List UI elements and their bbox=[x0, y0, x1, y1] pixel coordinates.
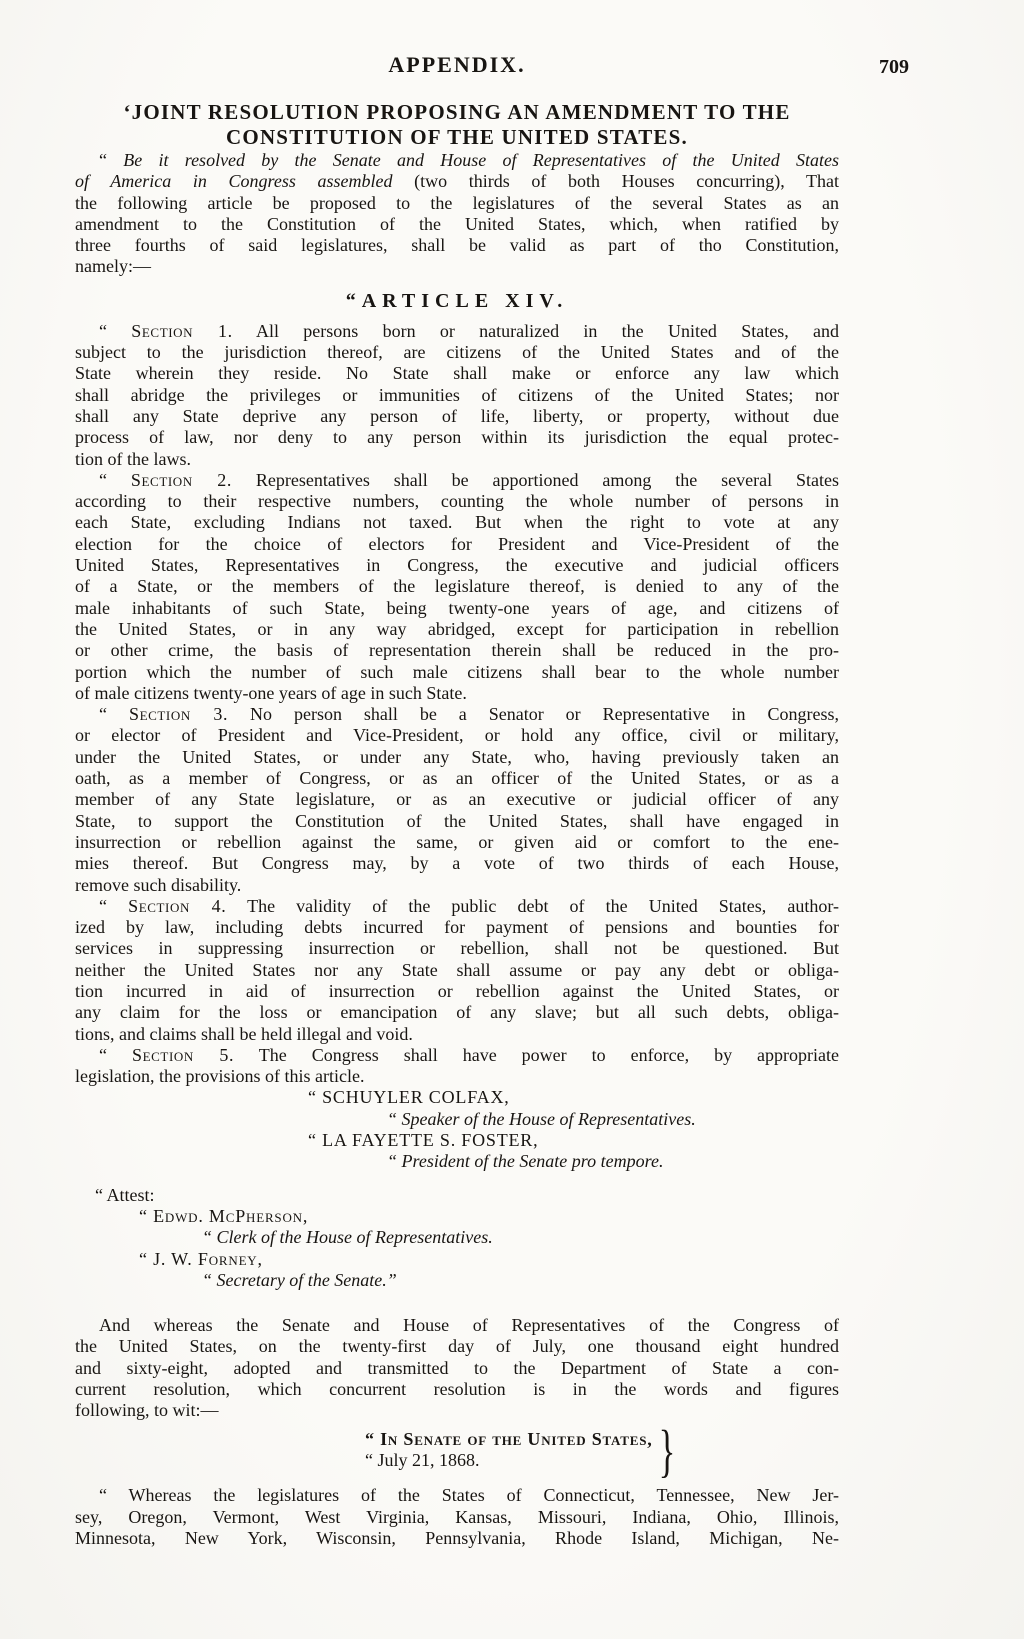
text-line: remove such disability. bbox=[75, 875, 839, 896]
article-heading: “ARTICLE XIV. bbox=[75, 288, 839, 314]
page-number: 709 bbox=[879, 56, 909, 79]
page-column: APPENDIX. 709 ‘JOINT RESOLUTION PROPOSIN… bbox=[75, 0, 839, 1549]
text-line: of a State, or the members of the legisl… bbox=[75, 576, 839, 597]
text-line: current resolution, which concurrent res… bbox=[75, 1379, 839, 1400]
text-segment: of America in Congress assembled bbox=[75, 171, 393, 191]
text-line: shall any State deprive any person of li… bbox=[75, 406, 839, 427]
text-segment: Be it resolved by the Senate and House o… bbox=[123, 150, 839, 170]
text-line: following, to wit:— bbox=[75, 1400, 839, 1421]
text-line: shall abridge the privileges or immuniti… bbox=[75, 385, 839, 406]
and-whereas-paragraph: And whereas the Senate and House of Repr… bbox=[75, 1315, 839, 1421]
doc-title: ‘JOINT RESOLUTION PROPOSING AN AMENDMENT… bbox=[75, 100, 839, 150]
text-line: the United States, on the twenty-first d… bbox=[75, 1336, 839, 1357]
text-line: under the United States, or under any St… bbox=[75, 747, 839, 768]
text-line: election for the choice of electors for … bbox=[75, 534, 839, 555]
text-line: State wherein they reside. No State shal… bbox=[75, 363, 839, 384]
section-5: “ Section 5. The Congress shall have pow… bbox=[75, 1045, 839, 1088]
text-line: three fourths of said legislatures, shal… bbox=[75, 235, 839, 256]
text-line: ized by law, including debts incurred fo… bbox=[75, 917, 839, 938]
text-line: “ Attest: bbox=[95, 1185, 839, 1206]
text-segment: The validity of the public debt of the U… bbox=[226, 896, 839, 916]
text-line: namely:— bbox=[75, 256, 839, 277]
text-line: process of law, nor deny to any person w… bbox=[75, 427, 839, 448]
document-body: ‘JOINT RESOLUTION PROPOSING AN AMENDMENT… bbox=[75, 100, 839, 1549]
text-line: “ July 21, 1868. bbox=[365, 1450, 653, 1471]
brace-glyph: } bbox=[658, 1422, 675, 1480]
attest-block: “ Attest:“ Edwd. McPherson,“ Clerk of th… bbox=[75, 1185, 839, 1291]
signature-foster: “ LA FAYETTE S. FOSTER,“ President of th… bbox=[75, 1130, 839, 1173]
text-line: “ Edwd. McPherson, bbox=[139, 1206, 839, 1227]
running-header: APPENDIX. 709 bbox=[75, 52, 839, 80]
text-line: “ Section 2. Representatives shall be ap… bbox=[75, 470, 839, 491]
text-line: or elector of President and Vice-Preside… bbox=[75, 725, 839, 746]
text-line: United States, Representatives in Congre… bbox=[75, 555, 839, 576]
text-line: of America in Congress assembled (two th… bbox=[75, 171, 839, 192]
text-line: “ LA FAYETTE S. FOSTER, bbox=[308, 1130, 839, 1151]
text-line: amendment to the Constitution of the Uni… bbox=[75, 214, 839, 235]
text-line: “ Secretary of the Senate.” bbox=[202, 1270, 839, 1291]
text-line: any claim for the loss or emancipation o… bbox=[75, 1002, 839, 1023]
text-line: “ Speaker of the House of Representative… bbox=[387, 1109, 839, 1130]
text-line: “ Clerk of the House of Representatives. bbox=[202, 1227, 839, 1248]
text-line: And whereas the Senate and House of Repr… bbox=[75, 1315, 839, 1336]
text-segment: Section 3. bbox=[129, 704, 228, 724]
text-line: according to their respective numbers, c… bbox=[75, 491, 839, 512]
text-line: Minnesota, New York, Wisconsin, Pennsylv… bbox=[75, 1528, 839, 1549]
text-line: “ In Senate of the United States, bbox=[365, 1429, 653, 1450]
text-line: legislation, the provisions of this arti… bbox=[75, 1066, 839, 1087]
text-line: “ Section 4. The validity of the public … bbox=[75, 896, 839, 917]
text-line: services in suppressing insurrection or … bbox=[75, 938, 839, 959]
text-line: the following article be proposed to the… bbox=[75, 193, 839, 214]
appendix-heading: APPENDIX. bbox=[388, 52, 525, 77]
text-line: mies thereof. But Congress may, by a vot… bbox=[75, 853, 839, 874]
senate-dateline: “ In Senate of the United States,“ July … bbox=[365, 1429, 653, 1472]
scanned-page: APPENDIX. 709 ‘JOINT RESOLUTION PROPOSIN… bbox=[0, 0, 1024, 1639]
whereas-states-paragraph: “ Whereas the legislatures of the States… bbox=[75, 1485, 839, 1549]
text-line: “ J. W. Forney, bbox=[139, 1249, 839, 1270]
text-line: sey, Oregon, Vermont, West Virginia, Kan… bbox=[75, 1507, 839, 1528]
text-line: tions, and claims shall be held illegal … bbox=[75, 1024, 839, 1045]
text-line: CONSTITUTION OF THE UNITED STATES. bbox=[75, 125, 839, 150]
text-segment: (two thirds of both Houses concurring), … bbox=[393, 171, 840, 191]
section-1: “ Section 1. All persons born or natural… bbox=[75, 321, 839, 470]
text-segment: “ bbox=[99, 470, 131, 490]
text-segment: Section 2. bbox=[131, 470, 232, 490]
text-line: “ Section 1. All persons born or natural… bbox=[75, 321, 839, 342]
text-line: neither the United States nor any State … bbox=[75, 960, 839, 981]
text-line: or other crime, the basis of representat… bbox=[75, 640, 839, 661]
text-line: “ Be it resolved by the Senate and House… bbox=[75, 150, 839, 171]
text-segment: Section 1. bbox=[131, 321, 232, 341]
text-segment: “ bbox=[99, 321, 131, 341]
section-4: “ Section 4. The validity of the public … bbox=[75, 896, 839, 1045]
text-segment: The Congress shall have power to enforce… bbox=[234, 1045, 839, 1065]
text-segment: Section 5. bbox=[132, 1045, 234, 1065]
text-line: of male citizens twenty-one years of age… bbox=[75, 683, 839, 704]
text-line: “ Whereas the legislatures of the States… bbox=[75, 1485, 839, 1506]
text-line: “ Section 5. The Congress shall have pow… bbox=[75, 1045, 839, 1066]
text-line: “ President of the Senate pro tempore. bbox=[387, 1151, 839, 1172]
text-segment: “ bbox=[99, 896, 128, 916]
text-line: “ SCHUYLER COLFAX, bbox=[308, 1087, 839, 1108]
text-line: male inhabitants of such State, being tw… bbox=[75, 598, 839, 619]
text-line: member of any State legislature, or as a… bbox=[75, 789, 839, 810]
text-line: tion of the laws. bbox=[75, 449, 839, 470]
text-line: ‘JOINT RESOLUTION PROPOSING AN AMENDMENT… bbox=[75, 100, 839, 125]
text-line: tion incurred in aid of insurrection or … bbox=[75, 981, 839, 1002]
text-line: portion which the number of such male ci… bbox=[75, 662, 839, 683]
enacting-clause: “ Be it resolved by the Senate and House… bbox=[75, 150, 839, 278]
text-segment: “ bbox=[99, 704, 129, 724]
text-segment: Representatives shall be apportioned amo… bbox=[232, 470, 839, 490]
text-line: subject to the jurisdiction thereof, are… bbox=[75, 342, 839, 363]
text-segment: “ bbox=[99, 150, 123, 170]
signature-colfax: “ SCHUYLER COLFAX,“ Speaker of the House… bbox=[75, 1087, 839, 1130]
text-line: insurrection or rebellion against the sa… bbox=[75, 832, 839, 853]
text-segment: “ bbox=[99, 1045, 132, 1065]
text-line: each State, excluding Indians not taxed.… bbox=[75, 512, 839, 533]
section-2: “ Section 2. Representatives shall be ap… bbox=[75, 470, 839, 704]
text-line: “ Section 3. No person shall be a Senato… bbox=[75, 704, 839, 725]
text-line: oath, as a member of Congress, or as an … bbox=[75, 768, 839, 789]
text-line: the United States, or in any way abridge… bbox=[75, 619, 839, 640]
section-3: “ Section 3. No person shall be a Senato… bbox=[75, 704, 839, 896]
text-line: State, to support the Constitution of th… bbox=[75, 811, 839, 832]
text-line: and sixty-eight, adopted and transmitted… bbox=[75, 1358, 839, 1379]
text-line: “ARTICLE XIV. bbox=[75, 288, 839, 314]
text-segment: All persons born or naturalized in the U… bbox=[233, 321, 839, 341]
text-segment: No person shall be a Senator or Represen… bbox=[228, 704, 839, 724]
text-segment: Section 4. bbox=[128, 896, 226, 916]
